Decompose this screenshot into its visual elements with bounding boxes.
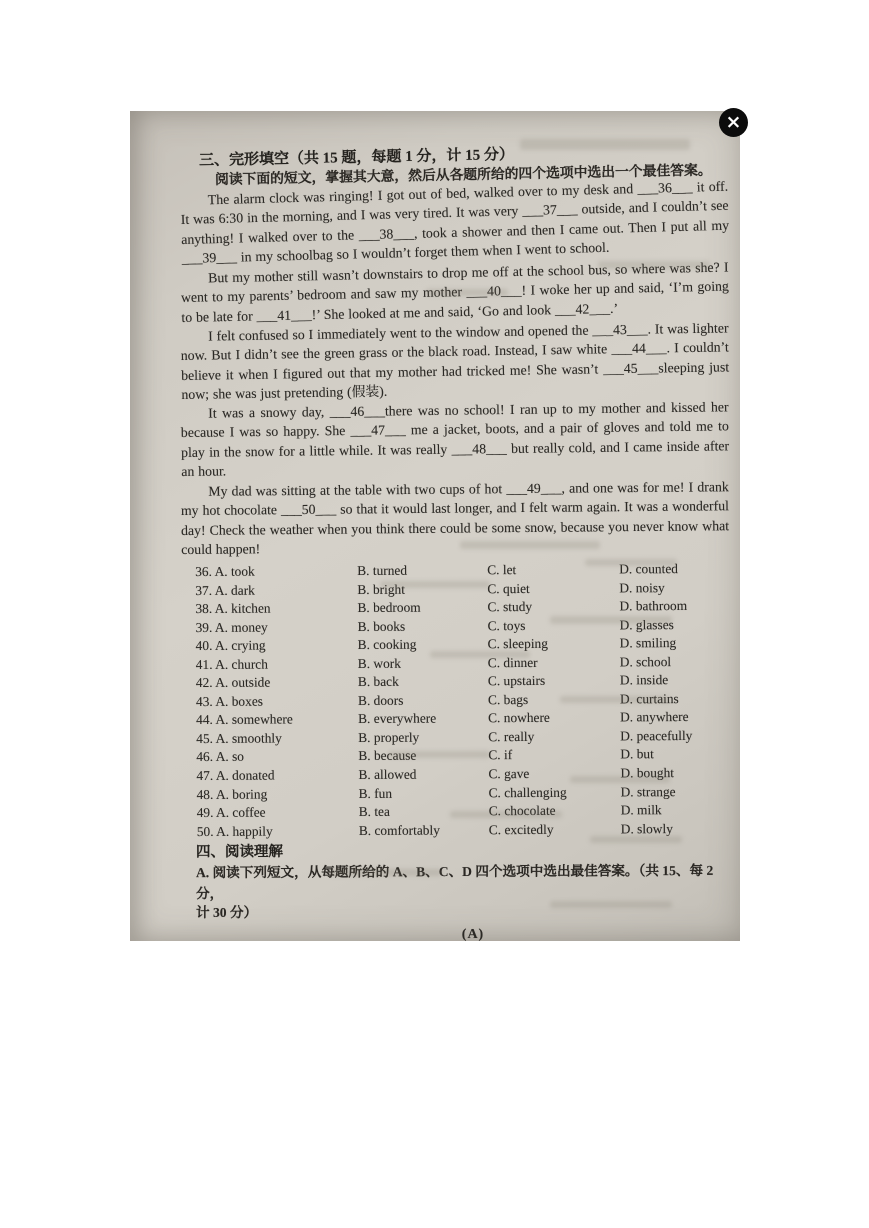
- passage-paragraph: My dad was sitting at the table with two…: [181, 477, 730, 559]
- option-d: D. inside: [620, 671, 729, 690]
- option-d: D. curtains: [620, 689, 729, 708]
- option-number-a: 48. A. boring: [197, 784, 359, 804]
- option-c: C. challenging: [489, 783, 621, 802]
- scanned-exam-page: 三、完形填空（共 15 题，每题 1 分，计 15 分） 阅读下面的短文，掌握其…: [130, 111, 740, 941]
- option-c: C. let: [487, 560, 619, 579]
- option-d: D. glasses: [619, 615, 728, 634]
- option-number-a: 45. A. smoothly: [196, 729, 358, 749]
- option-c: C. study: [487, 597, 619, 616]
- option-c: C. quiet: [487, 579, 619, 598]
- option-d: D. school: [620, 652, 729, 671]
- passage-paragraph: But my mother still wasn’t downstairs to…: [180, 257, 729, 327]
- option-b: B. tea: [359, 802, 489, 821]
- option-c: C. nowhere: [488, 709, 620, 728]
- option-number-a: 43. A. boxes: [196, 692, 358, 712]
- option-b: B. bedroom: [357, 598, 487, 617]
- option-d: D. peacefully: [620, 726, 729, 745]
- option-d: D. bathroom: [619, 597, 728, 616]
- section4-instruction-line1: A. 阅读下列短文，从每题所给的 A、B、C、D 四个选项中选出最佳答案。（共 …: [196, 861, 729, 904]
- section4-instruction-line2: 计 30 分）: [196, 903, 729, 924]
- option-b: B. everywhere: [358, 709, 488, 728]
- option-d: D. noisy: [619, 578, 728, 597]
- options-table: 36. A. tookB. turnedC. letD. counted37. …: [195, 559, 730, 840]
- option-b: B. work: [358, 654, 488, 673]
- cloze-passage: The alarm clock was ringing! I got out o…: [181, 191, 729, 560]
- option-b: B. back: [358, 672, 488, 691]
- option-c: C. dinner: [488, 653, 620, 672]
- option-number-a: 41. A. church: [196, 654, 358, 674]
- option-b: B. books: [357, 617, 487, 636]
- option-d: D. bought: [620, 763, 729, 782]
- option-d: D. milk: [621, 801, 730, 820]
- option-c: C. toys: [487, 616, 619, 635]
- option-d: D. anywhere: [620, 708, 729, 727]
- option-b: B. because: [358, 746, 488, 765]
- option-number-a: 39. A. money: [195, 617, 357, 637]
- option-number-a: 44. A. somewhere: [196, 710, 358, 730]
- option-number-a: 36. A. took: [195, 562, 357, 582]
- option-c: C. sleeping: [488, 634, 620, 653]
- option-number-a: 50. A. happily: [197, 821, 359, 841]
- passage-paragraph: It was a snowy day, ___46___there was no…: [181, 398, 730, 482]
- option-b: B. allowed: [358, 765, 488, 784]
- option-b: B. properly: [358, 728, 488, 747]
- close-icon: ×: [726, 113, 742, 132]
- close-button[interactable]: ×: [719, 108, 748, 137]
- option-c: C. chocolate: [489, 801, 621, 820]
- reading-passage-label: (A): [181, 927, 729, 941]
- passage-paragraph: The alarm clock was ringing! I got out o…: [180, 177, 730, 269]
- option-d: D. slowly: [621, 819, 730, 838]
- option-d: D. strange: [621, 782, 730, 801]
- option-b: B. turned: [357, 561, 487, 580]
- option-number-a: 49. A. coffee: [197, 803, 359, 823]
- option-number-a: 46. A. so: [196, 747, 358, 767]
- option-number-a: 38. A. kitchen: [195, 599, 357, 619]
- option-d: D. counted: [619, 559, 728, 578]
- option-number-a: 37. A. dark: [195, 580, 357, 600]
- option-b: B. cooking: [358, 635, 488, 654]
- question-row: 50. A. happilyB. comfortablyC. excitedly…: [197, 819, 730, 841]
- option-c: C. really: [488, 727, 620, 746]
- option-d: D. but: [620, 745, 729, 764]
- option-c: C. gave: [488, 764, 620, 783]
- option-d: D. smiling: [620, 634, 729, 653]
- option-number-a: 42. A. outside: [196, 673, 358, 693]
- option-b: B. doors: [358, 691, 488, 710]
- option-c: C. if: [488, 746, 620, 765]
- option-c: C. excitedly: [489, 820, 621, 839]
- exam-page-content: 三、完形填空（共 15 题，每题 1 分，计 15 分） 阅读下面的短文，掌握其…: [181, 111, 729, 941]
- option-b: B. bright: [357, 579, 487, 598]
- option-c: C. upstairs: [488, 671, 620, 690]
- section4-heading: 四、阅读理解: [196, 842, 729, 862]
- option-b: B. comfortably: [359, 821, 489, 840]
- option-number-a: 47. A. donated: [196, 766, 358, 786]
- option-b: B. fun: [359, 783, 489, 802]
- passage-paragraph: I felt confused so I immediately went to…: [180, 318, 729, 404]
- option-number-a: 40. A. crying: [196, 636, 358, 656]
- option-c: C. bags: [488, 690, 620, 709]
